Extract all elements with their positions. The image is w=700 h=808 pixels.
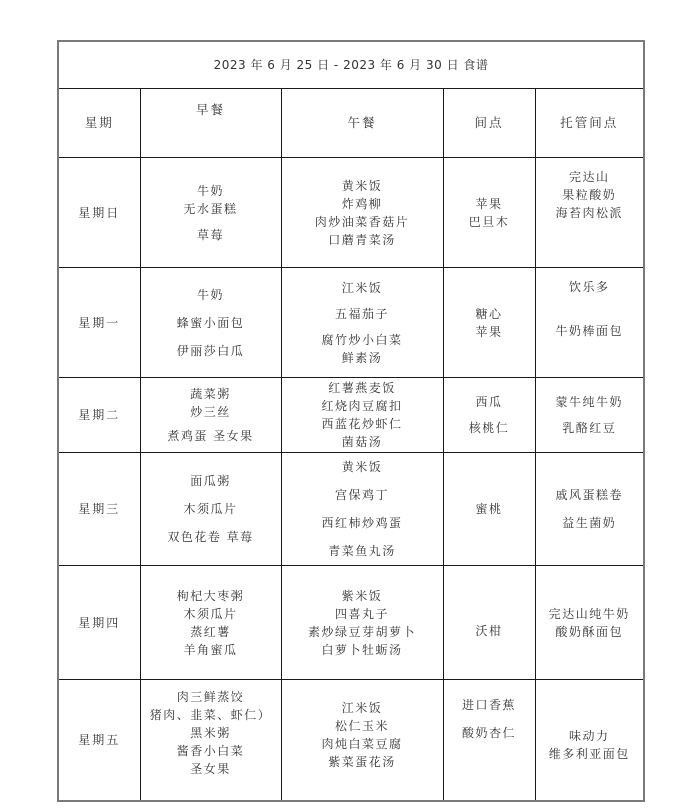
- menu-item: 海苔肉松派: [556, 204, 624, 222]
- snack-cell: 进口香蕉 酸奶杏仁: [443, 680, 535, 801]
- header-row: 星期 早餐 午餐 间点 托管间点: [58, 89, 644, 158]
- header-aftercare-snack: 托管间点: [535, 89, 644, 158]
- menu-item: 炸鸡柳: [342, 195, 383, 213]
- snack-cell: 西瓜 核桃仁: [443, 378, 535, 453]
- menu-item: 西瓜: [475, 393, 502, 411]
- snack-cell: 沃柑: [443, 566, 535, 680]
- lunch-cell: 黄米饭 炸鸡柳 肉炒油菜香菇片 口蘑青菜汤: [281, 158, 443, 268]
- aftercare-snack-cell: 味动力 维多利亚面包: [535, 680, 644, 801]
- menu-item: 戚风蛋糕卷: [556, 486, 624, 504]
- day-cell: 星期五: [58, 680, 140, 801]
- breakfast-cell: 牛奶 蜂蜜小面包 伊丽莎白瓜: [140, 268, 281, 378]
- menu-item: 白萝卜牡蛎汤: [321, 641, 402, 659]
- menu-item: 黄米饭: [342, 177, 383, 195]
- menu-item: 益生菌奶: [562, 514, 616, 532]
- day-cell: 星期四: [58, 566, 140, 680]
- lunch-cell: 红薯燕麦饭 红烧肉豆腐扣 西蓝花炒虾仁 菌菇汤: [281, 378, 443, 453]
- menu-item: 酱香小白菜: [177, 742, 245, 760]
- menu-item: 饮乐多: [569, 278, 610, 296]
- menu-item: 宫保鸡丁: [335, 486, 389, 504]
- menu-item: 五福茄子: [335, 305, 389, 323]
- menu-item: 口蘑青菜汤: [328, 231, 396, 249]
- menu-item: 圣女果: [190, 760, 231, 778]
- menu-item: 猪肉、韭菜、虾仁）: [150, 706, 272, 724]
- menu-item: 蔬菜粥: [190, 385, 231, 403]
- menu-item: 炒三丝: [190, 403, 231, 421]
- menu-item: 巴旦木: [469, 213, 510, 231]
- snack-cell: 糖心 苹果: [443, 268, 535, 378]
- aftercare-snack-cell: 戚风蛋糕卷 益生菌奶: [535, 453, 644, 566]
- menu-item: 松仁玉米: [335, 717, 389, 735]
- lunch-cell: 江米饭 五福茄子 腐竹炒小白菜 鲜素汤: [281, 268, 443, 378]
- menu-item: 肉三鲜蒸饺: [177, 688, 245, 706]
- menu-item: 木须瓜片: [183, 500, 237, 518]
- snack-cell: 蜜桃: [443, 453, 535, 566]
- breakfast-cell: 牛奶 无水蛋糕 草莓: [140, 158, 281, 268]
- menu-item: 腐竹炒小白菜: [321, 331, 402, 349]
- aftercare-snack-cell: 完达山纯牛奶 酸奶酥面包: [535, 566, 644, 680]
- menu-item: 完达山: [569, 168, 610, 186]
- day-cell: 星期日: [58, 158, 140, 268]
- menu-item: 木须瓜片: [183, 605, 237, 623]
- menu-item: 羊角蜜瓜: [183, 641, 237, 659]
- menu-item: 紫米饭: [342, 587, 383, 605]
- header-day: 星期: [58, 89, 140, 158]
- menu-item: 素炒绿豆芽胡萝卜: [308, 623, 416, 641]
- day-cell: 星期三: [58, 453, 140, 566]
- menu-item: 枸杞大枣粥: [177, 587, 245, 605]
- menu-item: 蒸红薯: [190, 623, 231, 641]
- menu-item: 煮鸡蛋 圣女果: [167, 427, 253, 445]
- menu-item: 沃柑: [475, 622, 502, 640]
- menu-item: 西蓝花炒虾仁: [321, 415, 402, 433]
- menu-item: 菌菇汤: [342, 433, 383, 451]
- menu-item: 牛奶: [197, 286, 224, 304]
- menu-item: 苹果: [475, 323, 502, 341]
- breakfast-cell: 肉三鲜蒸饺 猪肉、韭菜、虾仁） 黑米粥 酱香小白菜 圣女果: [140, 680, 281, 801]
- header-breakfast: 早餐: [140, 89, 281, 158]
- menu-title: 2023 年 6 月 25 日 - 2023 年 6 月 30 日 食谱: [58, 41, 644, 89]
- table-row: 星期日 牛奶 无水蛋糕 草莓 黄米饭 炸鸡柳 肉炒油菜香菇片 口蘑青菜汤 苹果 …: [58, 158, 644, 268]
- menu-item: 牛奶: [197, 182, 224, 200]
- lunch-cell: 黄米饭 宫保鸡丁 西红柿炒鸡蛋 青菜鱼丸汤: [281, 453, 443, 566]
- menu-item: 红薯燕麦饭: [328, 379, 396, 397]
- menu-item: 果粒酸奶: [562, 186, 616, 204]
- header-snack: 间点: [443, 89, 535, 158]
- menu-item: 鲜素汤: [342, 349, 383, 367]
- table-row: 星期四 枸杞大枣粥 木须瓜片 蒸红薯 羊角蜜瓜 紫米饭 四喜丸子 素炒绿豆芽胡萝…: [58, 566, 644, 680]
- menu-item: 江米饭: [342, 699, 383, 717]
- menu-item: 江米饭: [342, 279, 383, 297]
- menu-item: 蒙牛纯牛奶: [556, 393, 624, 411]
- lunch-cell: 江米饭 松仁玉米 肉炖白菜豆腐 紫菜蛋花汤: [281, 680, 443, 801]
- table-row: 星期一 牛奶 蜂蜜小面包 伊丽莎白瓜 江米饭 五福茄子 腐竹炒小白菜 鲜素汤 糖…: [58, 268, 644, 378]
- table-row: 星期三 面瓜粥 木须瓜片 双色花卷 草莓 黄米饭 宫保鸡丁 西红柿炒鸡蛋 青菜鱼…: [58, 453, 644, 566]
- lunch-cell: 紫米饭 四喜丸子 素炒绿豆芽胡萝卜 白萝卜牡蛎汤: [281, 566, 443, 680]
- aftercare-snack-cell: 饮乐多 牛奶棒面包: [535, 268, 644, 378]
- table-row: 星期二 蔬菜粥 炒三丝 煮鸡蛋 圣女果 红薯燕麦饭 红烧肉豆腐扣 西蓝花炒虾仁 …: [58, 378, 644, 453]
- weekly-menu-table: 2023 年 6 月 25 日 - 2023 年 6 月 30 日 食谱 星期 …: [57, 40, 645, 802]
- menu-item: 双色花卷 草莓: [167, 528, 253, 546]
- menu-item: 完达山纯牛奶: [549, 605, 630, 623]
- day-cell: 星期一: [58, 268, 140, 378]
- menu-item: 苹果: [475, 195, 502, 213]
- header-lunch: 午餐: [281, 89, 443, 158]
- menu-item: 红烧肉豆腐扣: [321, 397, 402, 415]
- menu-item: 酸奶酥面包: [556, 623, 624, 641]
- breakfast-cell: 面瓜粥 木须瓜片 双色花卷 草莓: [140, 453, 281, 566]
- table-row: 星期五 肉三鲜蒸饺 猪肉、韭菜、虾仁） 黑米粥 酱香小白菜 圣女果 江米饭 松仁…: [58, 680, 644, 801]
- menu-item: 西红柿炒鸡蛋: [321, 514, 402, 532]
- menu-item: 味动力: [569, 727, 610, 745]
- menu-item: 黄米饭: [342, 458, 383, 476]
- menu-item: 蜜桃: [475, 500, 502, 518]
- menu-item: 牛奶棒面包: [556, 322, 624, 340]
- menu-item: 进口香蕉: [462, 696, 516, 714]
- breakfast-cell: 枸杞大枣粥 木须瓜片 蒸红薯 羊角蜜瓜: [140, 566, 281, 680]
- menu-item: 青菜鱼丸汤: [328, 542, 396, 560]
- breakfast-cell: 蔬菜粥 炒三丝 煮鸡蛋 圣女果: [140, 378, 281, 453]
- menu-item: 糖心: [475, 305, 502, 323]
- menu-item: 蜂蜜小面包: [177, 314, 245, 332]
- menu-item: 紫菜蛋花汤: [328, 753, 396, 771]
- aftercare-snack-cell: 蒙牛纯牛奶 乳酪红豆: [535, 378, 644, 453]
- day-cell: 星期二: [58, 378, 140, 453]
- menu-item: 无水蛋糕: [183, 200, 237, 218]
- menu-item: 酸奶杏仁: [462, 724, 516, 742]
- menu-item: 肉炒油菜香菇片: [315, 213, 410, 231]
- snack-cell: 苹果 巴旦木: [443, 158, 535, 268]
- menu-item: 伊丽莎白瓜: [177, 342, 245, 360]
- menu-item: 面瓜粥: [190, 472, 231, 490]
- menu-item: 黑米粥: [190, 724, 231, 742]
- menu-item: 草莓: [197, 226, 224, 244]
- menu-item: 维多利亚面包: [549, 745, 630, 763]
- aftercare-snack-cell: 完达山 果粒酸奶 海苔肉松派: [535, 158, 644, 268]
- menu-item: 核桃仁: [469, 419, 510, 437]
- menu-item: 肉炖白菜豆腐: [321, 735, 402, 753]
- menu-item: 乳酪红豆: [562, 419, 616, 437]
- menu-item: 四喜丸子: [335, 605, 389, 623]
